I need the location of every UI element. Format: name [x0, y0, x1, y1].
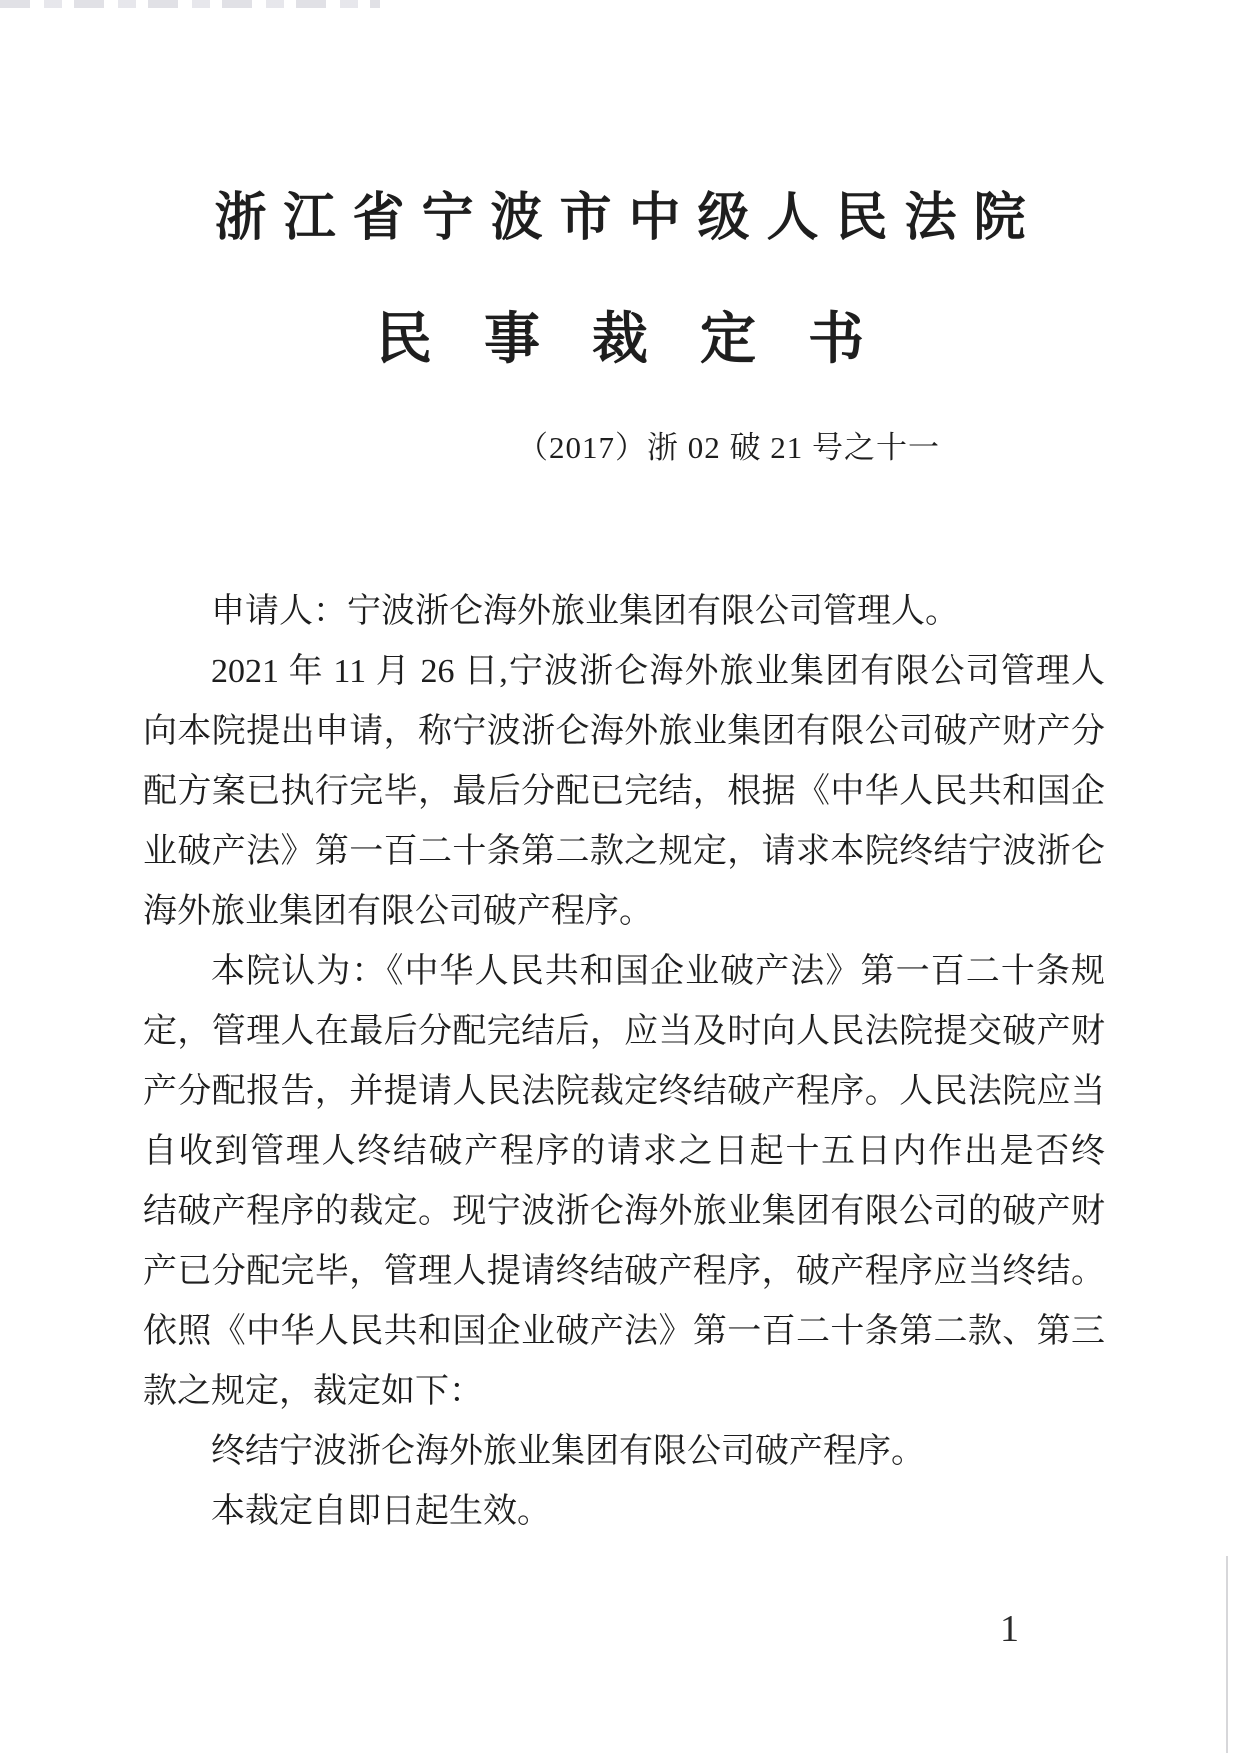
body-line: 本裁定自即日起生效。 — [143, 1482, 1105, 1542]
case-number: （2017）浙 02 破 21 号之十一 — [0, 428, 1240, 468]
body-line: 海外旅业集团有限公司破产程序。 — [143, 882, 1105, 942]
document-type-title: 民事裁定书 — [0, 308, 1240, 372]
body-line: 本院认为：《中华人民共和国企业破产法》第一百二十条规 — [143, 942, 1105, 1002]
body-line: 定，管理人在最后分配完结后，应当及时向人民法院提交破产财 — [143, 1002, 1105, 1062]
ruling-body-text: 申请人：宁波浙仑海外旅业集团有限公司管理人。 2021 年 11 月 26 日,… — [143, 582, 1105, 1542]
page-number: 1 — [1000, 1606, 1019, 1652]
court-name-heading: 浙江省宁波市中级人民法院 — [0, 0, 1240, 250]
body-line: 依照《中华人民共和国企业破产法》第一百二十条第二款、第三 — [143, 1302, 1105, 1362]
body-line: 结破产程序的裁定。现宁波浙仑海外旅业集团有限公司的破产财 — [143, 1182, 1105, 1242]
scan-artifact-right-edge — [1226, 1556, 1228, 1753]
body-line: 向本院提出申请，称宁波浙仑海外旅业集团有限公司破产财产分 — [143, 702, 1105, 762]
body-line: 业破产法》第一百二十条第二款之规定，请求本院终结宁波浙仑 — [143, 822, 1105, 882]
body-line: 款之规定，裁定如下： — [143, 1362, 1105, 1422]
body-line: 2021 年 11 月 26 日,宁波浙仑海外旅业集团有限公司管理人 — [143, 642, 1105, 702]
court-ruling-document-page: 浙江省宁波市中级人民法院 民事裁定书 （2017）浙 02 破 21 号之十一 … — [0, 0, 1240, 1753]
body-line: 产已分配完毕，管理人提请终结破产程序，破产程序应当终结。 — [143, 1242, 1105, 1302]
body-line: 产分配报告，并提请人民法院裁定终结破产程序。人民法院应当 — [143, 1062, 1105, 1122]
body-line: 终结宁波浙仑海外旅业集团有限公司破产程序。 — [143, 1422, 1105, 1482]
scan-artifact-top-edge — [0, 0, 380, 8]
body-line: 自收到管理人终结破产程序的请求之日起十五日内作出是否终 — [143, 1122, 1105, 1182]
body-line: 配方案已执行完毕，最后分配已完结，根据《中华人民共和国企 — [143, 762, 1105, 822]
body-line: 申请人：宁波浙仑海外旅业集团有限公司管理人。 — [143, 582, 1105, 642]
